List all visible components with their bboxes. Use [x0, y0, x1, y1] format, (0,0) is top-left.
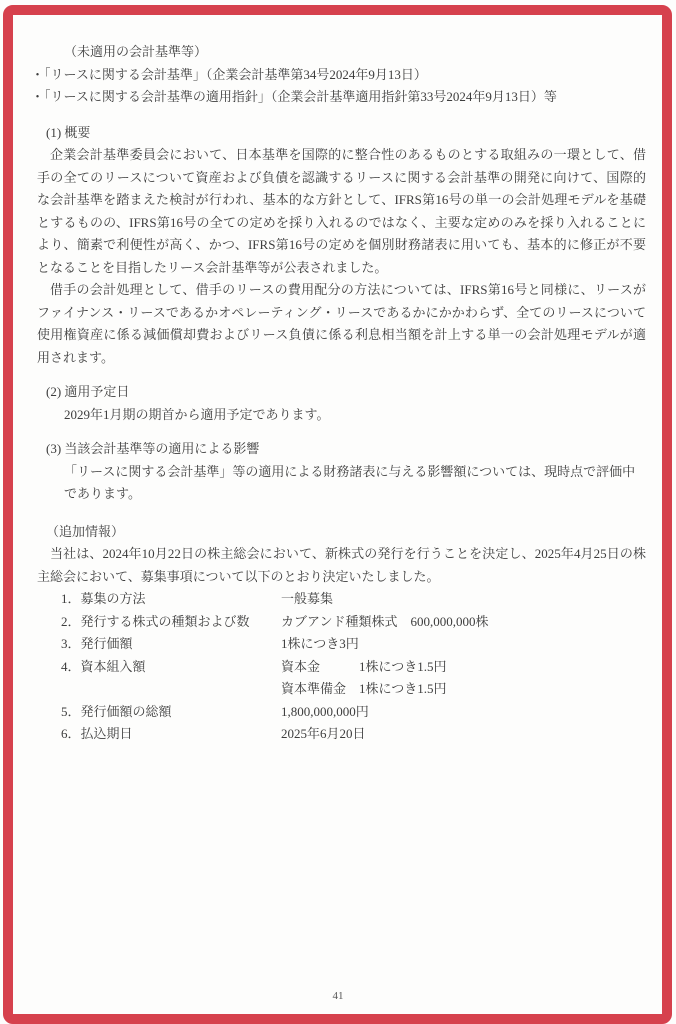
section-3-heading: (3) 当該会計基準等の適用による影響: [46, 438, 646, 461]
list-item: 3．発行価額 1株につき3円: [61, 633, 646, 656]
list-item-value: 資本金 1株につき1.5円: [281, 656, 646, 679]
additional-info-heading: （追加情報）: [46, 521, 646, 544]
section-2-paragraph: 2029年1月期の期首から適用予定であります。: [64, 404, 646, 427]
list-item-label: 5．発行価額の総額: [61, 701, 281, 724]
list-item-continuation: 資本準備金 1株につき1.5円: [61, 678, 646, 701]
list-item-label-empty: [61, 678, 281, 701]
section-1-overview: (1) 概要 企業会計基準委員会において、日本基準を国際的に整合性のあるものとす…: [31, 122, 646, 370]
additional-info-intro: 当社は、2024年10月22日の株主総会において、新株式の発行を行うことを決定し…: [37, 543, 646, 588]
list-item-label: 1．募集の方法: [61, 588, 281, 611]
bullet-lease-application-guideline: ・「リースに関する会計基準の適用指針」（企業会計基準適用指針第33号2024年9…: [31, 86, 646, 109]
page-content: （未適用の会計基準等） ・「リースに関する会計基準」（企業会計基準第34号202…: [13, 15, 662, 746]
page-number: 41: [0, 990, 676, 1002]
list-item-label: 4．資本組入額: [61, 656, 281, 679]
section-2-application-date: (2) 適用予定日 2029年1月期の期首から適用予定であります。: [31, 381, 646, 426]
list-item-value: 1株につき3円: [281, 633, 646, 656]
list-item: 5．発行価額の総額 1,800,000,000円: [61, 701, 646, 724]
list-item: 6．払込期日 2025年6月20日: [61, 723, 646, 746]
list-item: 4．資本組入額 資本金 1株につき1.5円: [61, 656, 646, 679]
list-item-label: 2．発行する株式の種類および数: [61, 611, 281, 634]
section-additional-info: （追加情報） 当社は、2024年10月22日の株主総会において、新株式の発行を行…: [31, 521, 646, 746]
section-3-paragraph: 「リースに関する会計基準」等の適用による財務諸表に与える影響額については、現時点…: [64, 461, 646, 506]
section-1-paragraph: 借手の会計処理として、借手のリースの費用配分の方法については、IFRS第16号と…: [37, 279, 646, 369]
list-item-value: 2025年6月20日: [281, 723, 646, 746]
list-item-label: 3．発行価額: [61, 633, 281, 656]
offering-terms-list: 1．募集の方法 一般募集 2．発行する株式の種類および数 カブアンド種類株式 6…: [61, 588, 646, 746]
list-item: 1．募集の方法 一般募集: [61, 588, 646, 611]
list-item: 2．発行する株式の種類および数 カブアンド種類株式 600,000,000株: [61, 611, 646, 634]
list-item-value: 一般募集: [281, 588, 646, 611]
list-item-value: 資本準備金 1株につき1.5円: [281, 678, 646, 701]
list-item-value: カブアンド種類株式 600,000,000株: [281, 611, 646, 634]
section-1-heading: (1) 概要: [46, 122, 646, 145]
bullet-lease-accounting-standard: ・「リースに関する会計基準」（企業会計基準第34号2024年9月13日）: [31, 64, 646, 87]
section-2-heading: (2) 適用予定日: [46, 381, 646, 404]
section-heading-unapplied-standards: （未適用の会計基準等）: [64, 41, 646, 64]
section-3-impact: (3) 当該会計基準等の適用による影響 「リースに関する会計基準」等の適用による…: [31, 438, 646, 506]
list-item-value: 1,800,000,000円: [281, 701, 646, 724]
section-1-paragraph: 企業会計基準委員会において、日本基準を国際的に整合性のあるものとする取組みの一環…: [37, 144, 646, 279]
list-item-label: 6．払込期日: [61, 723, 281, 746]
